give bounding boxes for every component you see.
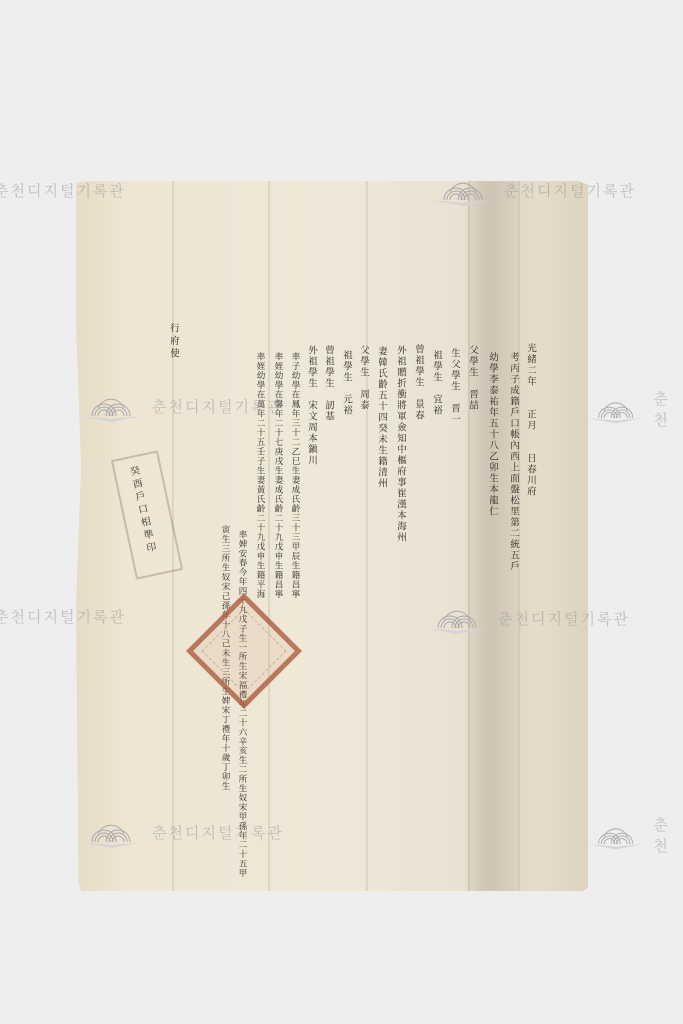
watermark: 춘천 bbox=[586, 388, 683, 430]
column-wife-grandfather: 祖學生 元裕 bbox=[341, 350, 352, 416]
watermark-text: 춘천 bbox=[653, 388, 683, 430]
column-office-title: 行府使 bbox=[168, 323, 179, 361]
column-wife-great-grandfather: 曾祖學生 訒基 bbox=[323, 345, 334, 422]
column-wife-maternal-grandfather: 外祖學生 宋文周本鎭川 bbox=[306, 345, 317, 466]
column-birth-father: 生父學生 晋一 bbox=[449, 348, 460, 425]
fold-line bbox=[268, 181, 270, 891]
fold-line bbox=[366, 181, 368, 891]
column-wife: 妻韓氏齡五十四癸未生籍清州 bbox=[376, 346, 387, 489]
column-son: 率子幼學在鳳年三十二乙巳生妻成氏齡三十三甲辰生籍昌寧 bbox=[289, 352, 300, 599]
column-maternal-grandfather: 外祖贈折衝將軍僉知中樞府事崔漢本海州 bbox=[395, 345, 406, 543]
archive-logo-icon bbox=[586, 817, 645, 853]
column-address: 考丙子成籍戶口帳內西上面盤松里第二統五戶 bbox=[508, 352, 519, 572]
watermark-text: 춘천 bbox=[653, 814, 683, 856]
stamp-text: 癸酉戶口相準印 bbox=[127, 465, 157, 556]
archive-logo-icon bbox=[586, 391, 645, 427]
column-great-grandfather: 曾祖學生 景春 bbox=[413, 344, 424, 421]
column-wife-father: 父學生 周泰 bbox=[358, 345, 369, 411]
watermark: 춘천 bbox=[586, 814, 683, 856]
column-second-son: 率姪幼學在馨年二十七庚戌生妻成氏齡二十九戊申生籍昌寧 bbox=[272, 352, 283, 599]
column-nephew: 率姪幼學在萬年二十五壬子生妻黃氏齡二十九戊申生籍平海 bbox=[254, 352, 265, 599]
column-date: 光緒二年 正月 日春川府 bbox=[525, 343, 536, 497]
column-father: 父學生 晋喆 bbox=[467, 345, 478, 411]
column-head-of-household: 幼學李泰祐年五十八乙卯生本龍仁 bbox=[487, 352, 498, 517]
column-grandfather: 祖學生 宜裕 bbox=[431, 350, 442, 416]
